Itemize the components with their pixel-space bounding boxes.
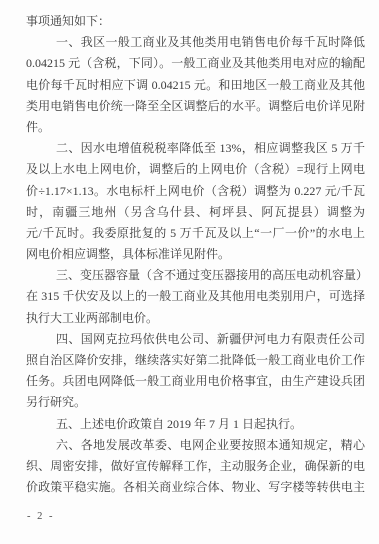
doc-line: 价政策平稳实施。各相关商业综合体、物业、写字楼等转供电主 xyxy=(26,477,365,498)
doc-line: 时，南疆三地州（另含乌什县、柯坪县、阿瓦提县）调整为 0.251 xyxy=(26,202,365,223)
doc-line: 价÷1.17×1.13。水电标杆上网电价（含税）调整为 0.227 元/千瓦 xyxy=(26,181,365,202)
doc-line: 及以上水电上网电价，调整后的上网电价（含税）=现行上网电 xyxy=(26,159,365,180)
doc-line: 照自治区降价安排，继续落实好第二批降低一般工商业电价工作 xyxy=(26,350,365,371)
section-1-start-line: 一、我区一般工商业及其他类用电销售电价每千瓦时降低 xyxy=(26,32,365,53)
doc-line: 电价每千瓦时相应下调 0.04215 元。和田地区一般工商业及其他 xyxy=(26,75,365,96)
document-body: 事项通知如下： 一、我区一般工商业及其他类用电销售电价每千瓦时降低 0.0421… xyxy=(26,11,365,498)
doc-line: 织、周密安排，做好宣传解释工作，主动服务企业，确保新的电 xyxy=(26,456,365,477)
section-6-start-line: 六、各地发展改革委、电网企业要按照本通知规定，精心组 xyxy=(26,435,365,456)
doc-line: 元/千瓦时。我委原批复的 5 万千瓦及以上“一厂一价”的水电上 xyxy=(26,223,365,244)
section-5-start-line: 五、上述电价政策自 2019 年 7 月 1 日起执行。 xyxy=(26,414,365,435)
document-page: 事项通知如下： 一、我区一般工商业及其他类用电销售电价每千瓦时降低 0.0421… xyxy=(0,0,379,544)
doc-line: 0.04215 元（含税，下同）。一般工商业及其他类用电对应的输配 xyxy=(26,53,365,74)
doc-line: 类用电销售电价统一降至全区调整后的水平。调整后电价详见附 xyxy=(26,96,365,117)
section-4-start-line: 四、国网克拉玛依供电公司、新疆伊河电力有限责任公司按 xyxy=(26,329,365,350)
doc-line: 网电价相应调整，具体标准详见附件。 xyxy=(26,244,365,265)
section-3-start-line: 三、变压器容量（含不通过变压器接用的高压电动机容量） xyxy=(26,265,365,286)
doc-line: 任务。兵团电网降低一般工商业用电价格事宜，由生产建设兵团 xyxy=(26,371,365,392)
intro-line: 事项通知如下： xyxy=(26,11,365,32)
doc-line: 在 315 千伏安及以上的一般工商业及其他用电类别用户，可选择 xyxy=(26,286,365,307)
doc-line: 件。 xyxy=(26,117,365,138)
doc-line: 另行研究。 xyxy=(26,392,365,413)
doc-line: 执行大工业两部制电价。 xyxy=(26,308,365,329)
section-2-start-line: 二、因水电增值税税率降低至 13%，相应调整我区 5 万千瓦 xyxy=(26,138,365,159)
page-number: - 2 - xyxy=(27,511,55,522)
